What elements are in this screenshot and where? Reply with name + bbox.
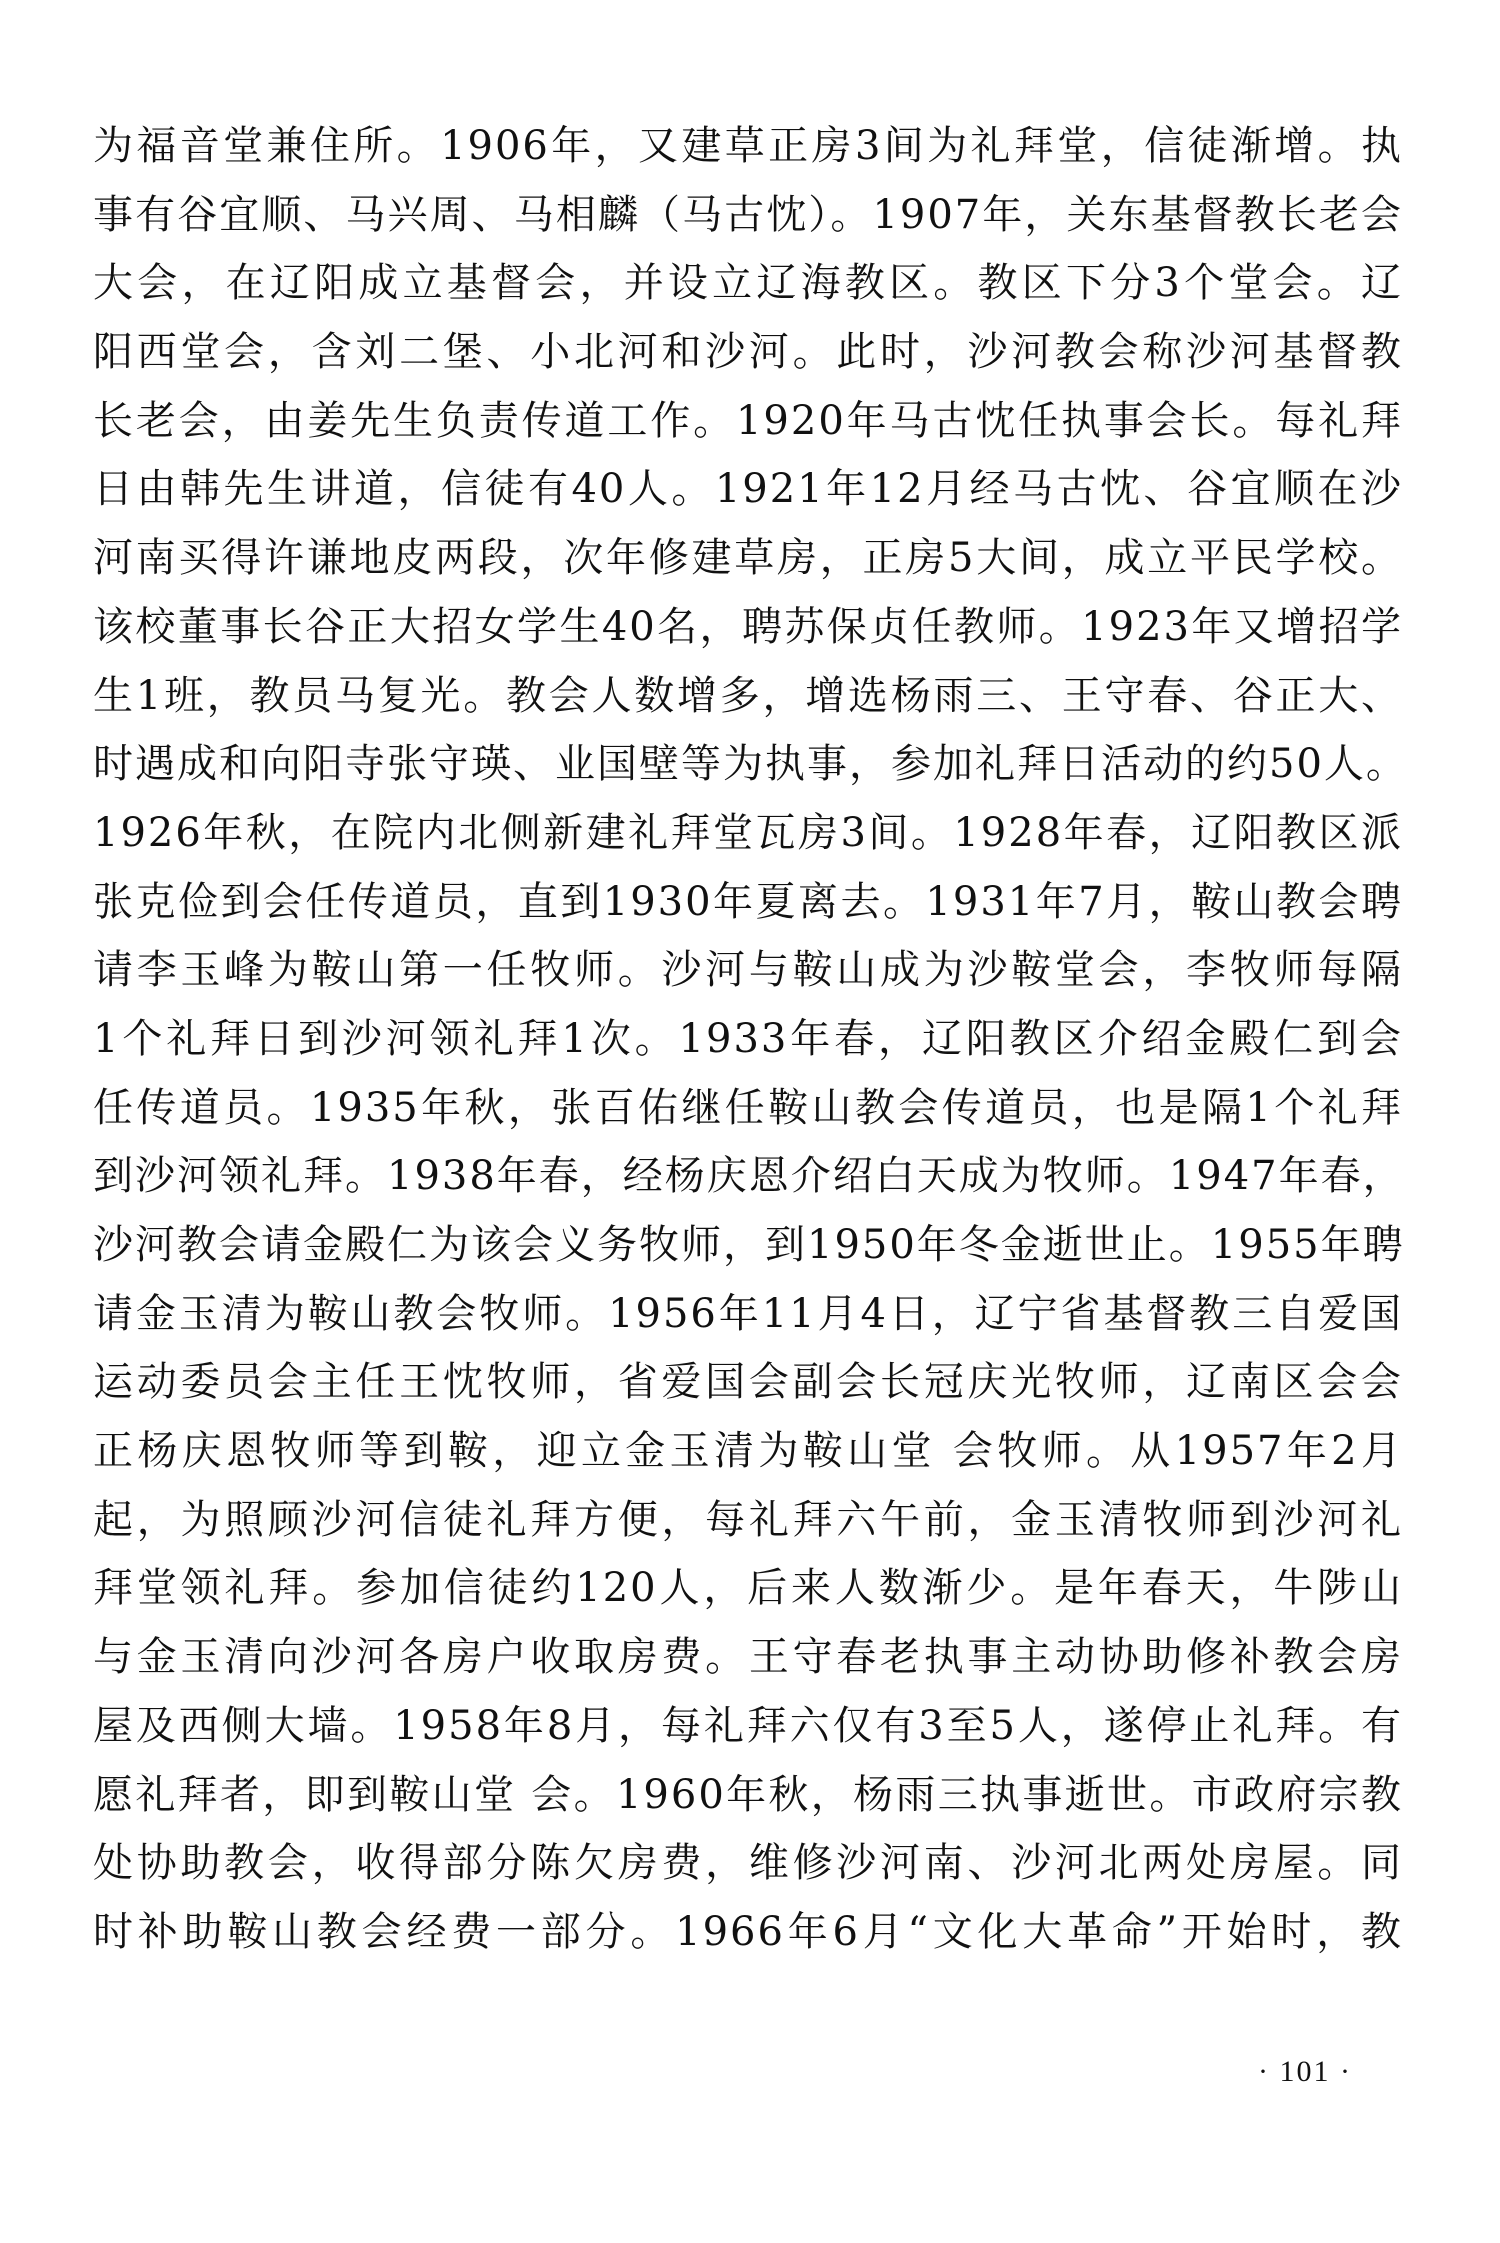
text-line: 长老会，由姜先生负责传道工作。1920年马古忱任执事会长。每礼拜 xyxy=(93,393,1403,462)
text-line: 时补助鞍山教会经费一部分。1966年6月“文化大革命”开始时，教 xyxy=(93,1904,1403,1973)
text-line: 运动委员会主任王忱牧师，省爱国会副会长冠庆光牧师，辽南区会会 xyxy=(93,1354,1403,1423)
text-line: 为福音堂兼住所。1906年，又建草正房3间为礼拜堂，信徒渐增。执 xyxy=(93,118,1403,187)
text-line: 愿礼拜者，即到鞍山堂 会。1960年秋，杨雨三执事逝世。市政府宗教 xyxy=(93,1767,1403,1836)
text-line: 该校董事长谷正大招女学生40名，聘苏保贞任教师。1923年又增招学 xyxy=(93,599,1403,668)
text-line: 起，为照顾沙河信徒礼拜方便，每礼拜六午前，金玉清牧师到沙河礼 xyxy=(93,1492,1403,1561)
page-number: · 101 · xyxy=(1240,2052,1370,2092)
text-line: 到沙河领礼拜。1938年春，经杨庆恩介绍白天成为牧师。1947年春， xyxy=(93,1148,1403,1217)
text-line: 事有谷宜顺、马兴周、马相麟（马古忱）。1907年，关东基督教长老会 xyxy=(93,187,1403,256)
text-line: 张克俭到会任传道员，直到1930年夏离去。1931年7月，鞍山教会聘 xyxy=(93,874,1403,943)
text-line: 拜堂领礼拜。参加信徒约120人，后来人数渐少。是年春天，牛陟山 xyxy=(93,1560,1403,1629)
text-line: 请李玉峰为鞍山第一任牧师。沙河与鞍山成为沙鞍堂会，李牧师每隔 xyxy=(93,942,1403,1011)
text-line: 与金玉清向沙河各房户收取房费。王守春老执事主动协助修补教会房 xyxy=(93,1629,1403,1698)
text-line: 任传道员。1935年秋，张百佑继任鞍山教会传道员，也是隔1个礼拜 xyxy=(93,1080,1403,1149)
text-line: 1个礼拜日到沙河领礼拜1次。1933年春，辽阳教区介绍金殿仁到会 xyxy=(93,1011,1403,1080)
text-line: 阳西堂会，含刘二堡、小北河和沙河。此时，沙河教会称沙河基督教 xyxy=(93,324,1403,393)
text-line: 日由韩先生讲道，信徒有40人。1921年12月经马古忱、谷宜顺在沙 xyxy=(93,461,1403,530)
text-line: 沙河教会请金殿仁为该会义务牧师，到1950年冬金逝世止。1955年聘 xyxy=(93,1217,1403,1286)
text-line: 时遇成和向阳寺张守瑛、业国壁等为执事，参加礼拜日活动的约50人。 xyxy=(93,736,1403,805)
text-line: 河南买得许谦地皮两段，次年修建草房，正房5大间，成立平民学校。 xyxy=(93,530,1403,599)
text-line: 屋及西侧大墙。1958年8月，每礼拜六仅有3至5人，遂停止礼拜。有 xyxy=(93,1698,1403,1767)
document-page: 为福音堂兼住所。1906年，又建草正房3间为礼拜堂，信徒渐增。执 事有谷宜顺、马… xyxy=(0,0,1500,2243)
text-line: 生1班，教员马复光。教会人数增多，增选杨雨三、王守春、谷正大、 xyxy=(93,668,1403,737)
text-line: 1926年秋，在院内北侧新建礼拜堂瓦房3间。1928年春，辽阳教区派 xyxy=(93,805,1403,874)
text-line: 请金玉清为鞍山教会牧师。1956年11月4日，辽宁省基督教三自爱国 xyxy=(93,1286,1403,1355)
text-line: 处协助教会，收得部分陈欠房费，维修沙河南、沙河北两处房屋。同 xyxy=(93,1835,1403,1904)
body-text: 为福音堂兼住所。1906年，又建草正房3间为礼拜堂，信徒渐增。执 事有谷宜顺、马… xyxy=(93,118,1403,1973)
text-line: 大会，在辽阳成立基督会，并设立辽海教区。教区下分3个堂会。辽 xyxy=(93,255,1403,324)
text-line: 正杨庆恩牧师等到鞍，迎立金玉清为鞍山堂 会牧师。从1957年2月 xyxy=(93,1423,1403,1492)
